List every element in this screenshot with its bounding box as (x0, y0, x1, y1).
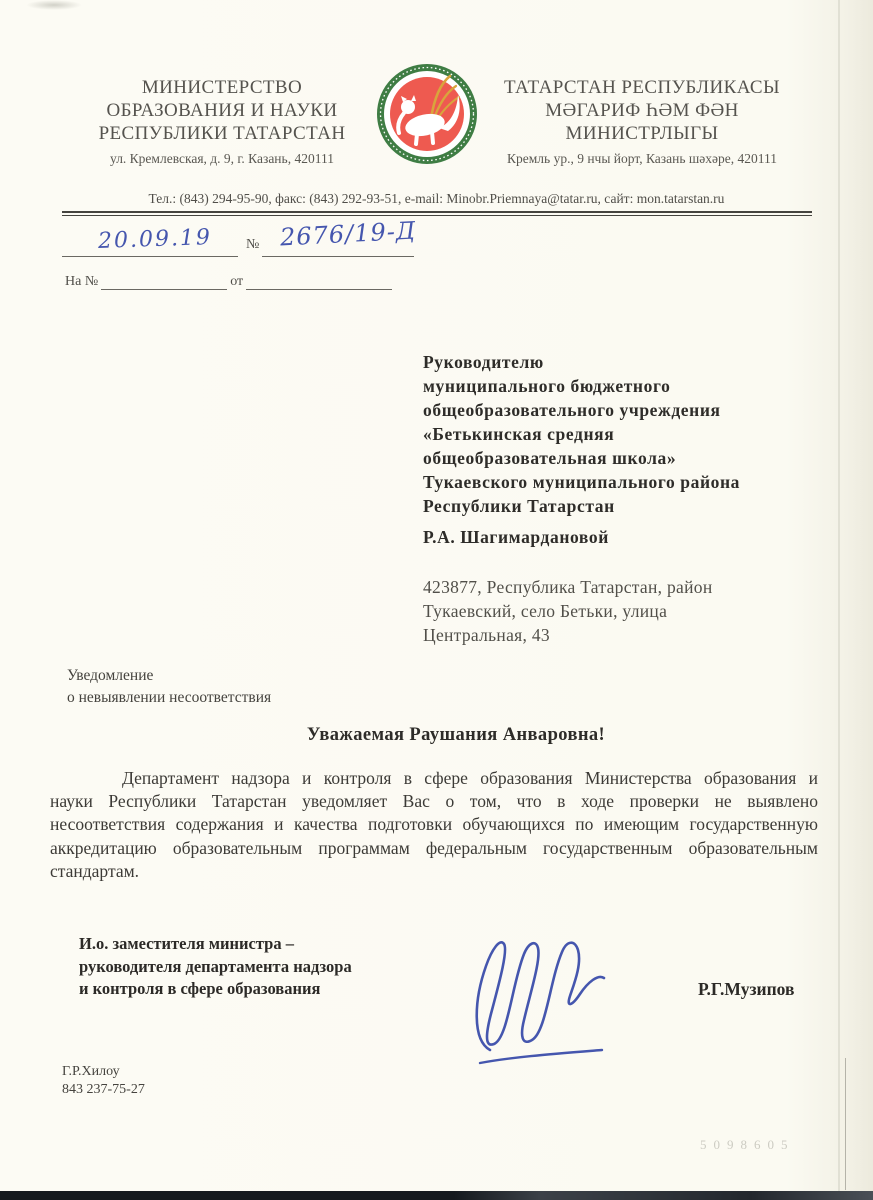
recipient-address-line: Центральная, 43 (423, 623, 828, 647)
scanner-bottom-strip (0, 1191, 873, 1200)
org-right-line: МӘГАРИФ ҺӘМ ФӘН (484, 99, 800, 122)
letterhead-divider (62, 211, 812, 216)
paper-edge-shadow (838, 0, 840, 1200)
recipient-postal-address: 423877, Республика Татарстан, район Тука… (423, 575, 828, 647)
org-right-line: ТАТАРСТАН РЕСПУБЛИКАСЫ (484, 76, 800, 99)
number-sign-label: № (246, 237, 259, 253)
org-left-line: РЕСПУБЛИКИ ТАТАРСТАН (72, 122, 372, 145)
recipient-address-line: Тукаевский, село Бетьки, улица (423, 599, 828, 623)
reply-number-blank (101, 274, 227, 290)
ministry-address-russian: ул. Кремлевская, д. 9, г. Казань, 420111 (72, 151, 372, 167)
tatarstan-coat-of-arms-icon (377, 64, 477, 164)
handwritten-signature (452, 922, 662, 1077)
recipient-line: Руководителю (423, 350, 828, 374)
document-type-label: Уведомление о невыявлении несоответствия (67, 665, 271, 709)
number-underline (262, 256, 414, 257)
recipient-block: Руководителю муниципального бюджетного о… (423, 350, 828, 518)
recipient-line: общеобразовательного учреждения (423, 398, 828, 422)
executor-phone: 843 237-75-27 (62, 1081, 145, 1099)
executor-contact: Г.Р.Хилоу 843 237-75-27 (62, 1063, 145, 1099)
reply-date-blank (246, 274, 392, 290)
recipient-line: Республики Татарстан (423, 494, 828, 518)
signatory-title-line: руководителя департамента надзора (79, 956, 449, 979)
signature-stroke (477, 942, 604, 1050)
org-left-line: МИНИСТЕРСТВО (72, 76, 372, 99)
salutation: Уважаемая Раушания Анваровна! (66, 725, 846, 746)
signatory-title-line: и контроля в сфере образования (79, 978, 449, 1001)
letter-body-paragraph: Департамент надзора и контроля в сфере о… (50, 767, 818, 883)
reply-number-label: На № (62, 274, 101, 290)
reply-reference-row: На № от (62, 274, 392, 290)
contact-line: Тел.: (843) 294-95-90, факс: (843) 292-9… (0, 191, 873, 207)
handwritten-outgoing-number: 2676/19-Д (279, 216, 417, 251)
paper-edge-line (845, 1058, 846, 1190)
signature-underline (480, 1050, 602, 1063)
recipient-line: муниципального бюджетного (423, 374, 828, 398)
signatory-name: Р.Г.Музипов (698, 979, 794, 1000)
executor-name: Г.Р.Хилоу (62, 1063, 145, 1081)
signatory-title-line: И.о. заместителя министра – (79, 933, 449, 956)
ministry-name-tatar: ТАТАРСТАН РЕСПУБЛИКАСЫ МӘГАРИФ ҺӘМ ФӘН М… (484, 76, 800, 145)
recipient-line: общеобразовательная школа» (423, 446, 828, 470)
org-right-line: МИНИСТРЛЫГЫ (484, 122, 800, 145)
bleed-through-number: 5098605 (700, 1137, 795, 1153)
ministry-name-russian: МИНИСТЕРСТВО ОБРАЗОВАНИЯ И НАУКИ РЕСПУБЛ… (72, 76, 372, 145)
notice-line: Уведомление (67, 665, 271, 687)
reply-from-label: от (227, 274, 246, 290)
scanned-letter-page: МИНИСТЕРСТВО ОБРАЗОВАНИЯ И НАУКИ РЕСПУБЛ… (0, 0, 873, 1200)
recipient-line: Тукаевского муниципального района (423, 470, 828, 494)
scan-smudge (26, 0, 82, 10)
org-left-line: ОБРАЗОВАНИЯ И НАУКИ (72, 99, 372, 122)
notice-line: о невыявлении несоответствия (67, 687, 271, 709)
handwritten-date: 20.09.19 (98, 225, 213, 254)
recipient-person-name: Р.А. Шагимардановой (423, 527, 609, 548)
recipient-line: «Бетькинская средняя (423, 422, 828, 446)
recipient-address-line: 423877, Республика Татарстан, район (423, 575, 828, 599)
signatory-title: И.о. заместителя министра – руководителя… (79, 933, 449, 1001)
ministry-address-tatar: Кремль ур., 9 нчы йорт, Казань шәхәре, 4… (484, 151, 800, 167)
date-underline (62, 256, 238, 257)
